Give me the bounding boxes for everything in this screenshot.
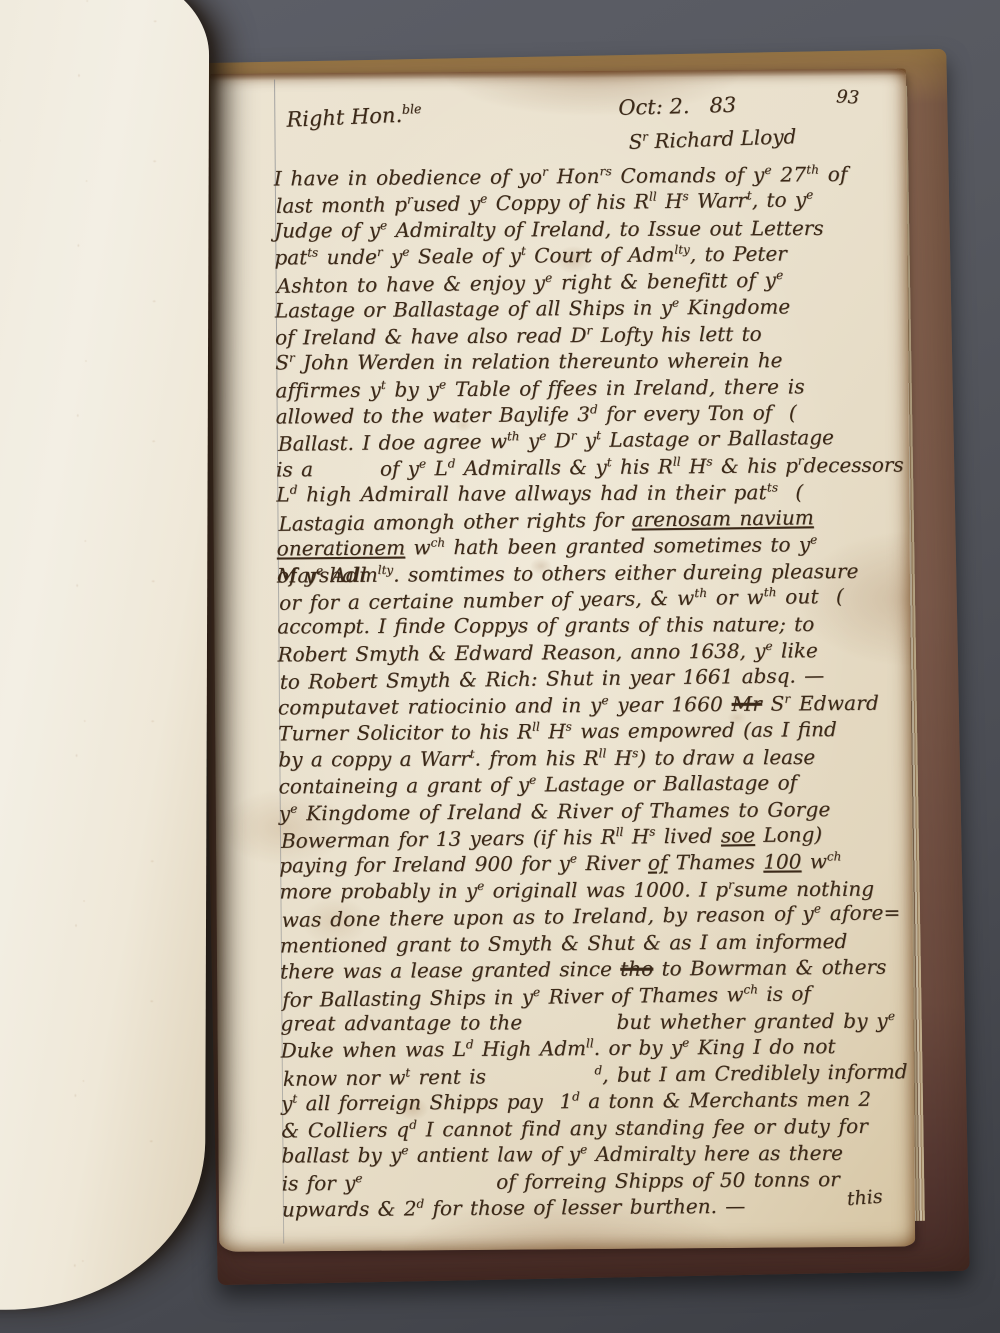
- manuscript-line: ballast by ye antient law of ye Admiralt…: [281, 1140, 910, 1169]
- manuscript-lines: I have in obedience of yor Honrs Comands…: [274, 161, 911, 1223]
- manuscript-line: Sr John Werden in relation thereunto whe…: [275, 347, 904, 376]
- catchword: this: [846, 1186, 883, 1211]
- manuscript-line: Turner Solicitor to his Rll Hs was empow…: [278, 716, 907, 747]
- photo-of-manuscript-book: 93 Right Hon.ble Oct: 2. 83 Sr Richard L…: [0, 0, 1000, 1333]
- heading-date: Oct: 2. 83: [618, 93, 737, 120]
- facing-page-edge: [0, 0, 209, 1310]
- heading-salutation: Right Hon.ble: [286, 102, 422, 132]
- page-number: 93: [836, 86, 860, 108]
- manuscript-line: of Ireland & have also read Dr Lofty his…: [275, 319, 904, 350]
- manuscript-line: & Colliers qd I cannot find any standing…: [281, 1112, 910, 1143]
- manuscript-line: is for ye of forreing Shipps of 50 tonns…: [282, 1165, 911, 1196]
- manuscript-line: upwards & 2d for those of lesser burthen…: [282, 1192, 911, 1223]
- manuscript-line: Judge of ye Admiralty of Ireland, to Iss…: [274, 214, 903, 243]
- manuscript-page: 93 Right Hon.ble Oct: 2. 83 Sr Richard L…: [210, 69, 915, 1252]
- manuscript-line: accompt. I finde Coppys of grants of thi…: [277, 611, 906, 640]
- heading-addressee: Sr Richard Lloyd: [628, 124, 797, 154]
- manuscript-line: by a coppy a Warrt. from his Rll Hs) to …: [278, 743, 907, 772]
- show-through-marks: [0, 0, 209, 1310]
- manuscript-line: great advantage to the but whether grant…: [280, 1008, 909, 1037]
